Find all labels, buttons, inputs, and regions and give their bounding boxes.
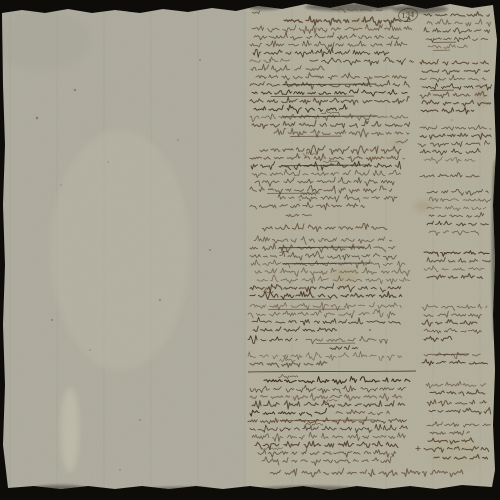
paper-grain [0,0,500,500]
scan-stage: 134 [0,0,500,500]
manuscript-scan: 134 [0,0,500,500]
